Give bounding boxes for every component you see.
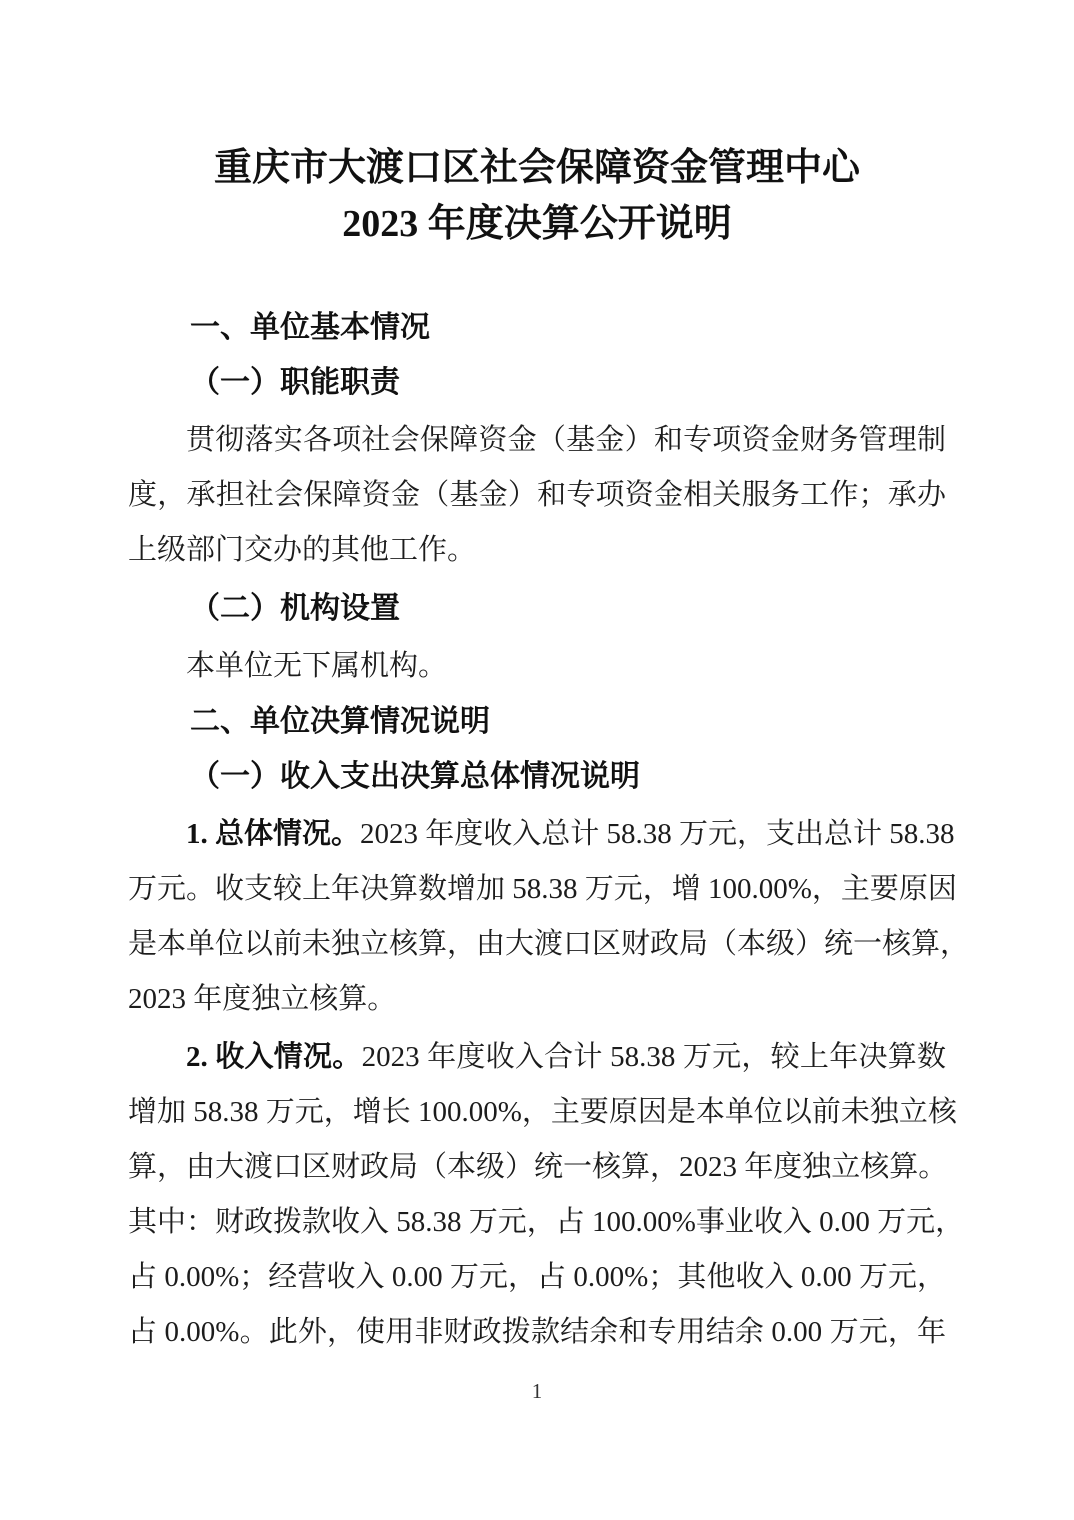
para-income-line6: 占 0.00%。此外，使用非财政拨款结余和专用结余 0.00 万元，年 — [128, 1305, 946, 1360]
document-title-line2: 2023 年度决算公开说明 — [128, 196, 946, 252]
para-income-line4: 其中：财政拨款收入 58.38 万元，占 100.00%事业收入 0.00 万元… — [128, 1195, 946, 1250]
para-income-lead: 2. 收入情况。 — [186, 1041, 362, 1073]
section-heading-final-accounts: 二、单位决算情况说明 — [128, 694, 946, 749]
para-duties-line1: 贯彻落实各项社会保障资金（基金）和专项资金财务管理制 — [128, 413, 946, 468]
page-number: 1 — [0, 1378, 1074, 1404]
para-overall-line4: 2023 年度独立核算。 — [128, 972, 946, 1027]
para-income-line1-rest: 2023 年度收入合计 58.38 万元，较上年决算数 — [362, 1041, 946, 1073]
document-title-line1: 重庆市大渡口区社会保障资金管理中心 — [128, 140, 946, 196]
para-duties-line2: 度，承担社会保障资金（基金）和专项资金相关服务工作；承办 — [128, 468, 946, 523]
para-duties-line3: 上级部门交办的其他工作。 — [128, 523, 946, 578]
para-overall-line3: 是本单位以前未独立核算，由大渡口区财政局（本级）统一核算， — [128, 917, 946, 972]
document-page: 重庆市大渡口区社会保障资金管理中心 2023 年度决算公开说明 一、单位基本情况… — [0, 0, 1074, 1520]
para-overall-lead: 1. 总体情况。 — [186, 818, 360, 850]
para-overall-line2: 万元。收支较上年决算数增加 58.38 万元，增 100.00%，主要原因 — [128, 862, 946, 917]
para-income-line2: 增加 58.38 万元，增长 100.00%，主要原因是本单位以前未独立核 — [128, 1085, 946, 1140]
para-overall-line1: 1. 总体情况。2023 年度收入总计 58.38 万元，支出总计 58.38 — [128, 807, 946, 862]
subsection-heading-income-expense-overview: （一）收入支出决算总体情况说明 — [128, 749, 946, 804]
document-content: 重庆市大渡口区社会保障资金管理中心 2023 年度决算公开说明 一、单位基本情况… — [128, 140, 946, 1360]
para-overall-line1-rest: 2023 年度收入总计 58.38 万元，支出总计 58.38 — [360, 818, 955, 850]
para-income-line5: 占 0.00%；经营收入 0.00 万元，占 0.00%；其他收入 0.00 万… — [128, 1250, 946, 1305]
section-heading-unit-basic-info: 一、单位基本情况 — [128, 300, 946, 355]
subsection-heading-org-setup: （二）机构设置 — [128, 581, 946, 636]
subsection-heading-duties: （一）职能职责 — [128, 355, 946, 410]
para-org-line1: 本单位无下属机构。 — [128, 639, 946, 694]
para-income-line1: 2. 收入情况。2023 年度收入合计 58.38 万元，较上年决算数 — [128, 1030, 946, 1085]
para-income-line3: 算，由大渡口区财政局（本级）统一核算，2023 年度独立核算。 — [128, 1140, 946, 1195]
